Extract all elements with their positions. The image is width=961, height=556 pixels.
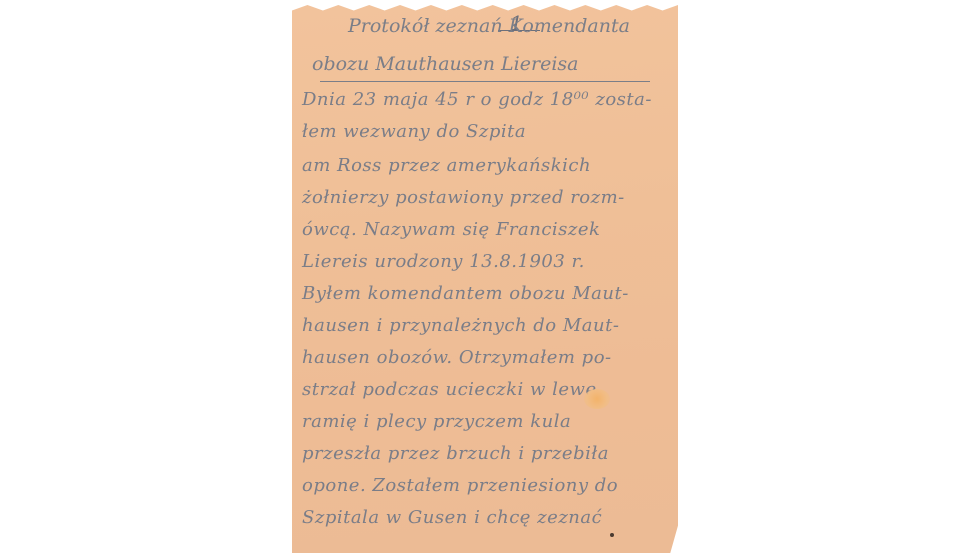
body-line: am Ross przez amerykańskich: [302, 155, 591, 176]
body-line: opone. Zostałem przeniesiony do: [302, 475, 618, 496]
title-underline: [320, 81, 650, 82]
paper-stain: [584, 389, 610, 409]
ink-spot: [610, 533, 614, 537]
body-line: żołnierzy postawiony przed rozm-: [302, 187, 625, 208]
body-line: ramię i plecy przyczem kula: [302, 411, 571, 432]
body-line: Dnia 23 maja 45 r o godz 18⁰⁰ zosta-: [302, 89, 652, 110]
document-title-line-1: Protokół zeznań Komendanta: [348, 15, 630, 37]
body-line: hausen i przynależnych do Maut-: [302, 315, 619, 336]
body-line: hausen obozów. Otrzymałem po-: [302, 347, 612, 368]
body-line: strzał podczas ucieczki w lewe: [302, 379, 597, 400]
body-line: Byłem komendantem obozu Maut-: [302, 283, 629, 304]
body-line: ówcą. Nazywam się Franciszek: [302, 219, 600, 240]
handwritten-document-page: 1 Protokół zeznań Komendanta obozu Mauth…: [292, 5, 678, 553]
body-line: łem wezwany do Szpita: [302, 121, 526, 142]
body-line: Liereis urodzony 13.8.1903 r.: [302, 251, 585, 272]
document-title-line-2: obozu Mauthausen Liereisa: [312, 53, 578, 75]
body-line: Szpitala w Gusen i chcę zeznać: [302, 507, 602, 528]
body-line: przeszła przez brzuch i przebiła: [302, 443, 609, 464]
